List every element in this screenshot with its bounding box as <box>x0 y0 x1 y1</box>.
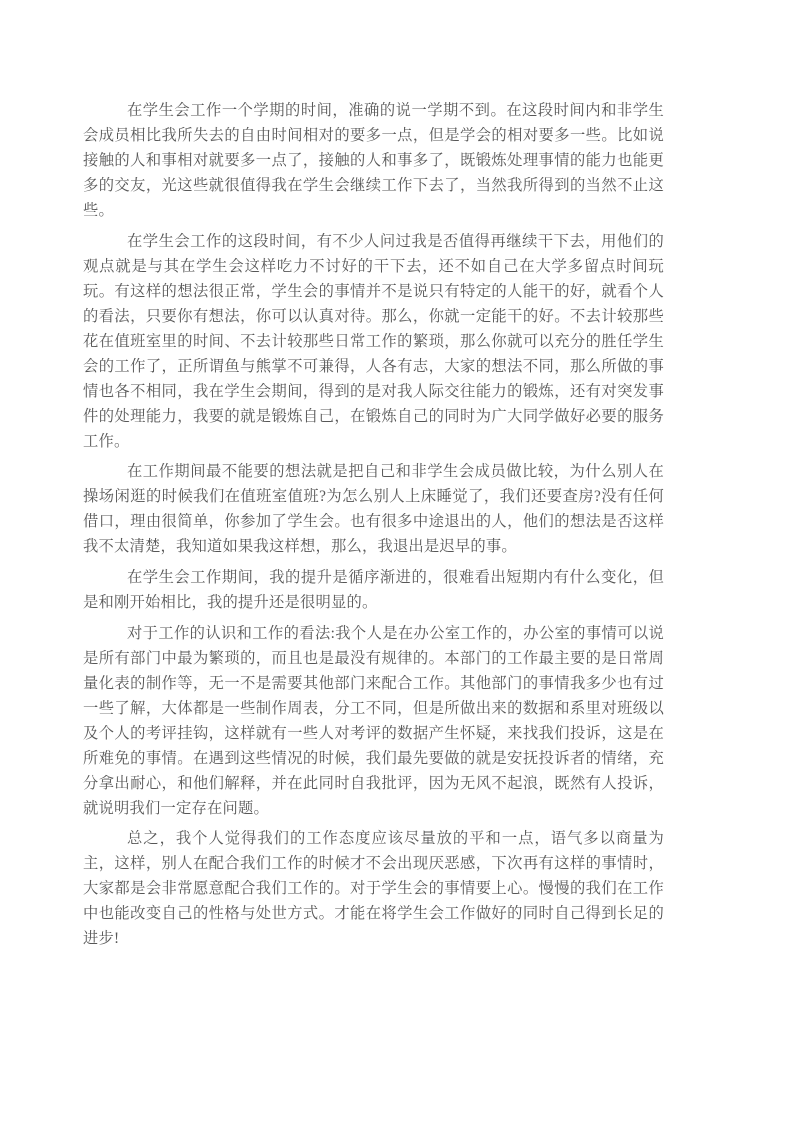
document-body: 在学生会工作一个学期的时间，准确的说一学期不到。在这段时间内和非学生会成员相比我… <box>83 98 664 957</box>
paragraph: 对于工作的认识和工作的看法:我个人是在办公室工作的，办公室的事情可以说是所有部门… <box>83 621 664 821</box>
paragraph: 在学生会工作一个学期的时间，准确的说一学期不到。在这段时间内和非学生会成员相比我… <box>83 98 664 223</box>
paragraph: 总之，我个人觉得我们的工作态度应该尽量放的平和一点，语气多以商量为主，这样，别人… <box>83 826 664 951</box>
paragraph: 在工作期间最不能要的想法就是把自己和非学生会成员做比较，为什么别人在操场闲逛的时… <box>83 459 664 559</box>
document-page: 在学生会工作一个学期的时间，准确的说一学期不到。在这段时间内和非学生会成员相比我… <box>0 0 794 1123</box>
paragraph: 在学生会工作期间，我的提升是循序渐进的，很难看出短期内有什么变化，但是和刚开始相… <box>83 565 664 615</box>
paragraph: 在学生会工作的这段时间，有不少人问过我是否值得再继续干下去，用他们的观点就是与其… <box>83 229 664 454</box>
